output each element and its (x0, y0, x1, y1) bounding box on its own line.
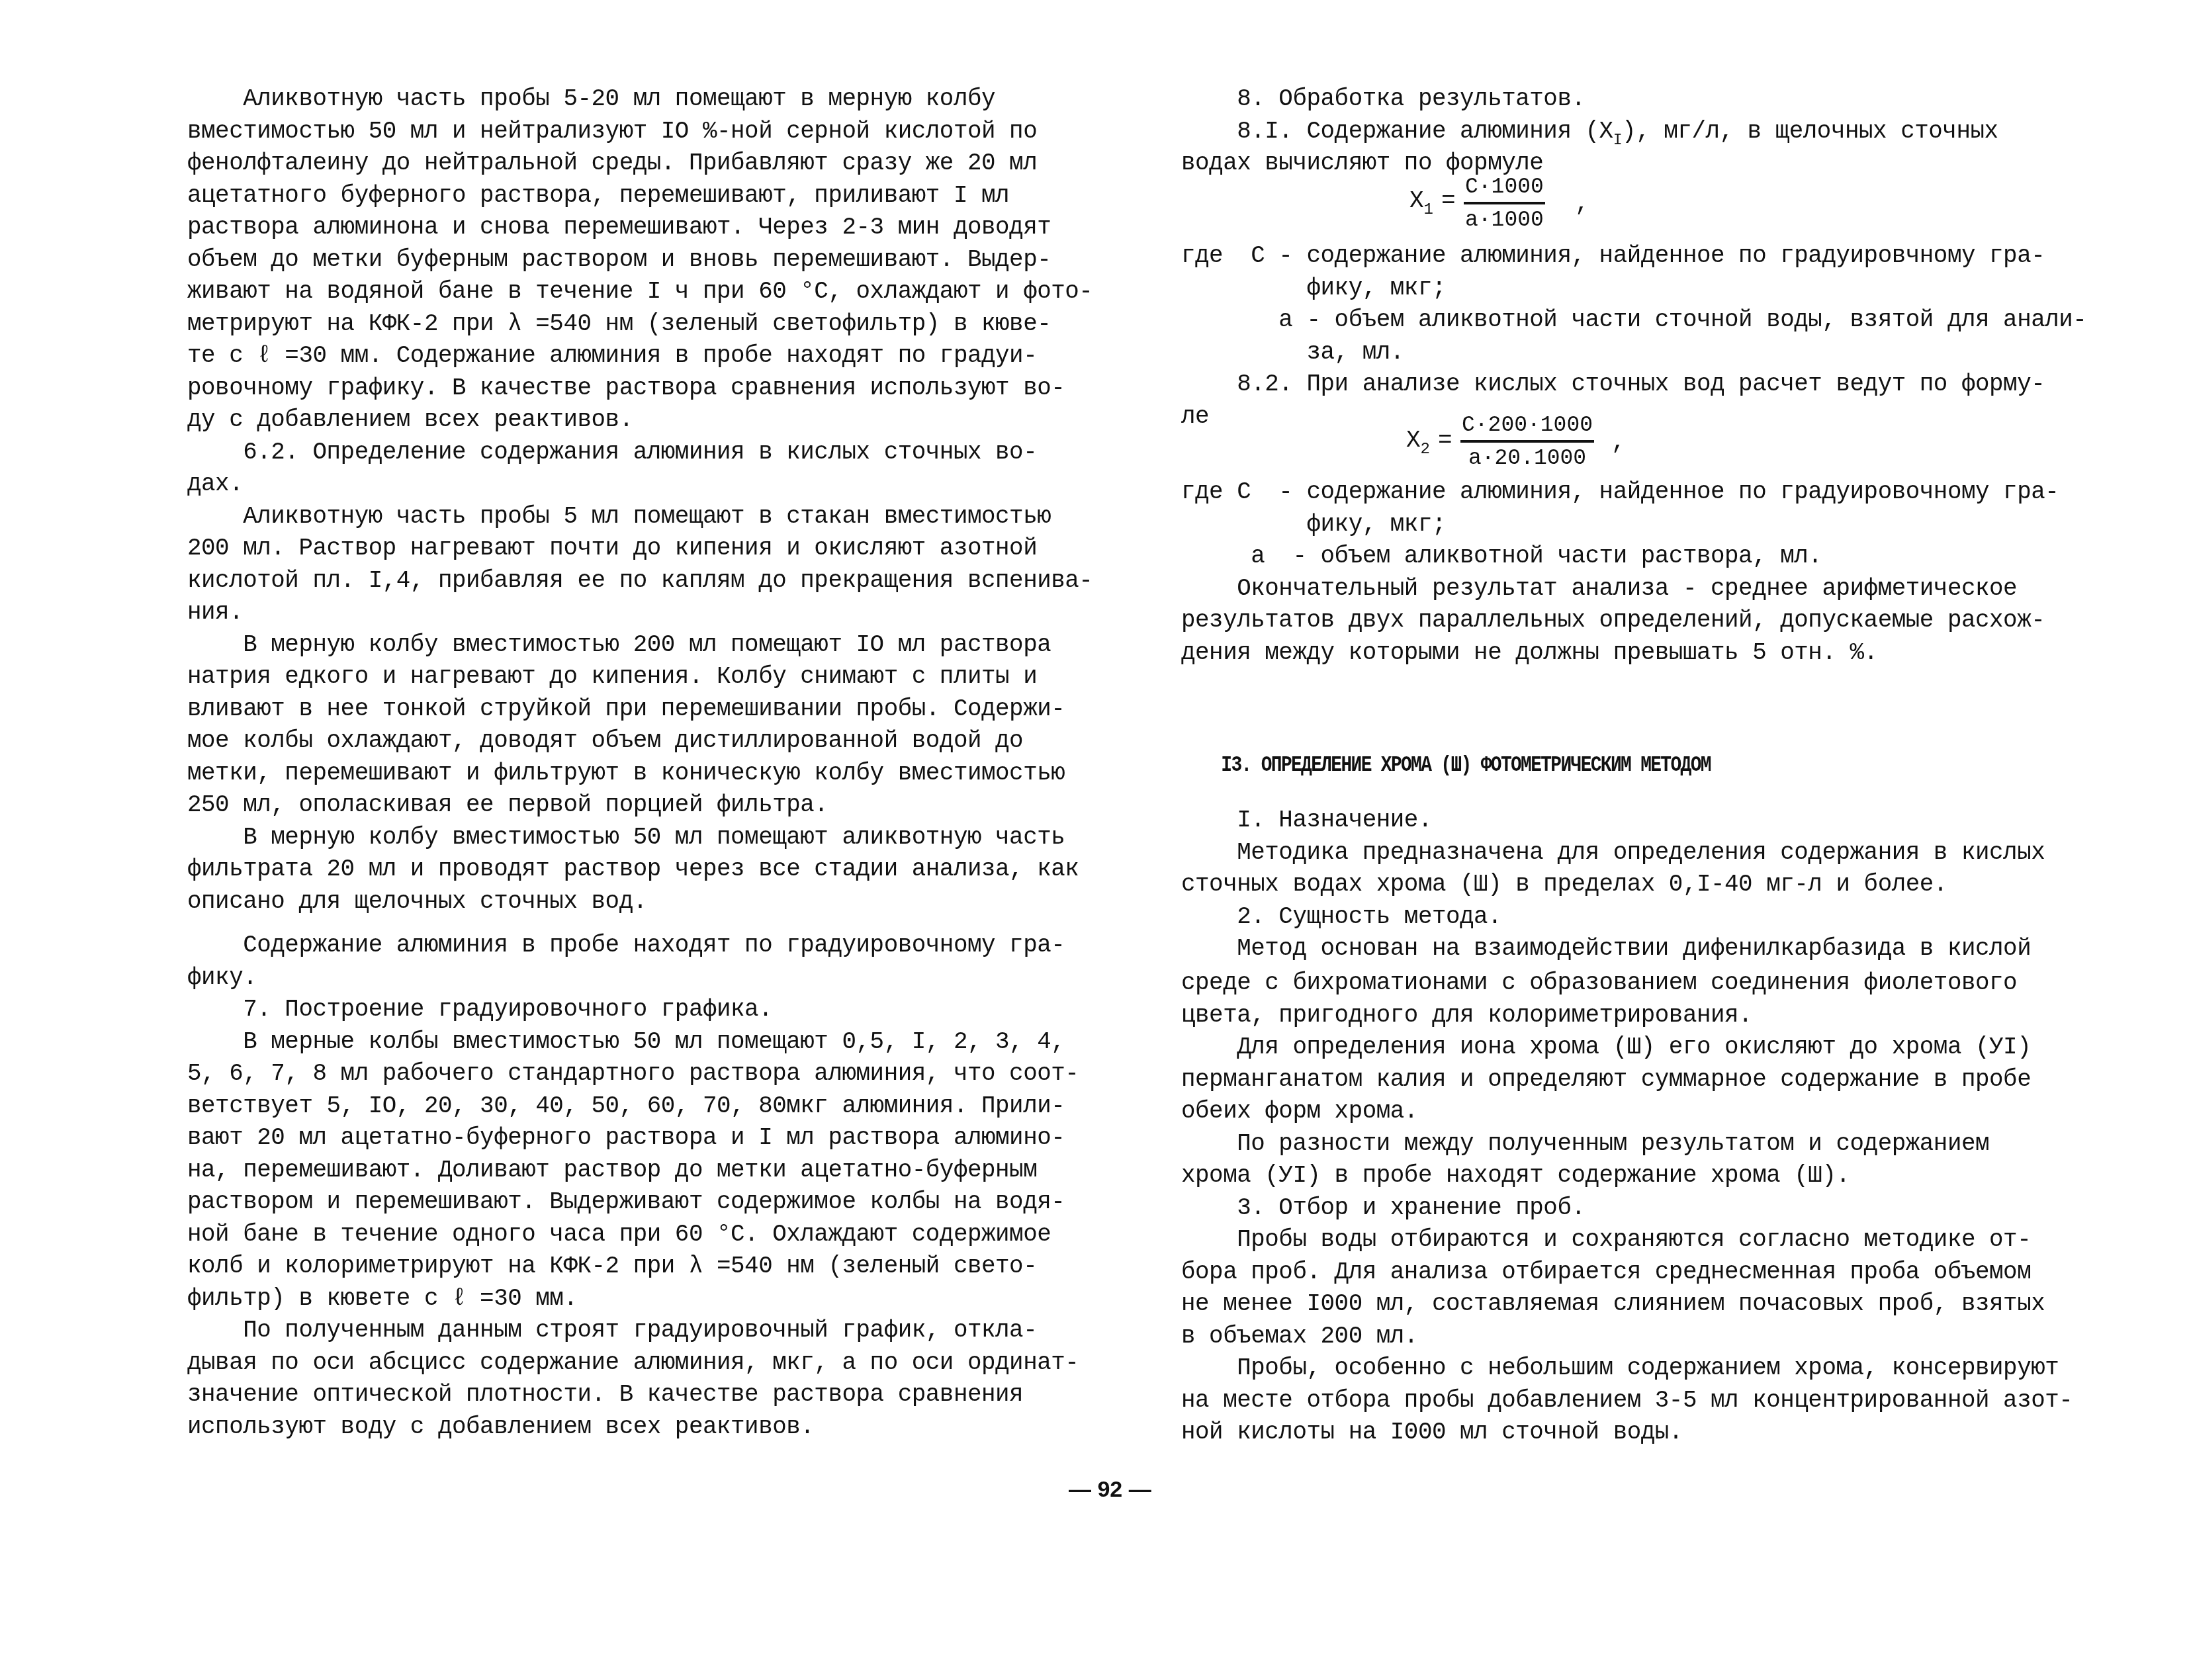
text-line: метки, перемешивают и фильтруют в кониче… (187, 759, 1065, 788)
text-fragment: ), мг/л, в щелочных сточных (1622, 118, 1998, 146)
text-line: фику. (187, 963, 257, 993)
text-line: вливают в нее тонкой струйкой при переме… (187, 695, 1065, 724)
text-line: ацетатного буферного раствора, перемешив… (187, 181, 1009, 210)
text-line: используют воду с добавлением всех реакт… (187, 1413, 814, 1442)
text-line: перманганатом калия и определяют суммарн… (1181, 1065, 2031, 1094)
text-line: В мерные колбы вместимостью 50 мл помеща… (187, 1028, 1065, 1057)
text-line: хрома (УI) в пробе находят содержание хр… (1181, 1161, 1850, 1190)
text-line: где С - содержание алюминия, найденное п… (1181, 242, 2045, 271)
text-line: те с ℓ =30 мм. Содержание алюминия в про… (187, 341, 1037, 371)
text-line: а - объем аликвотной части сточной воды,… (1181, 306, 2086, 335)
text-line: Метод основан на взаимодействии дифенилк… (1181, 934, 2031, 963)
text-line: ровочному графику. В качестве раствора с… (187, 374, 1065, 403)
text-line: вместимостью 50 мл и нейтрализуют IO %-н… (187, 117, 1037, 146)
text-line: дывая по оси абсцисс содержание алюминия… (187, 1348, 1079, 1378)
section-6-2-heading: 6.2. Определение содержания алюминия в к… (187, 438, 1037, 467)
text-line: объем до метки буферным раствором и внов… (187, 245, 1051, 275)
text-line: 200 мл. Раствор нагревают почти до кипен… (187, 534, 1037, 563)
text-line: Для определения иона хрома (Ш) его окисл… (1181, 1033, 2031, 1062)
formula-comma: , (1575, 190, 1589, 217)
text-line: По полученным данным строят градуировочн… (187, 1316, 1037, 1345)
text-line: раствора алюминона и снова перемешивают.… (187, 213, 1051, 242)
text-line: живают на водяной бане в течение I ч при… (187, 277, 1093, 306)
formula-lhs: X2 (1406, 427, 1430, 454)
formula-subscript: 1 (1424, 201, 1433, 219)
text-line: дения между которыми не должны превышать… (1181, 639, 1878, 668)
text-line: натрия едкого и нагревают до кипения. Ко… (187, 662, 1037, 691)
text-line: Аликвотную часть пробы 5-20 мл помещают … (187, 85, 995, 114)
text-line: ной кислоты на I000 мл сточной воды. (1181, 1418, 1683, 1447)
subscript: I (1613, 132, 1622, 150)
text-line: метрируют на КФК-2 при λ =540 нм (зелены… (187, 310, 1051, 339)
text-line: а - объем аликвотной части раствора, мл. (1181, 542, 1822, 571)
text-line: I. Назначение. (1181, 806, 1432, 835)
formula-lhs: X1 (1409, 187, 1433, 214)
text-line: фильтр) в кювете с ℓ =30 мм. (187, 1284, 577, 1313)
formula-x2: X2 = С·200·1000 а·20.1000 , (1406, 414, 1644, 480)
formula-equals: = (1441, 187, 1456, 214)
formula-x1: X1 = С·1000 а·1000 , (1409, 175, 1608, 242)
text-line: В мерную колбу вместимостью 200 мл помещ… (187, 631, 1051, 660)
text-line: не менее I000 мл, составляемая слиянием … (1181, 1290, 2045, 1319)
text-line: фенолфталеину до нейтральной среды. Приб… (187, 149, 1037, 178)
text-line: водах вычисляют по формуле (1181, 149, 1543, 178)
text-line: Пробы, особенно с небольшим содержанием … (1181, 1354, 2059, 1383)
text-fragment: 8.I. Содержание алюминия (X (1181, 118, 1613, 146)
text-line: за, мл. (1181, 338, 1404, 367)
text-line: 5, 6, 7, 8 мл рабочего стандартного раст… (187, 1059, 1079, 1088)
formula-numerator: С·1000 (1464, 175, 1545, 204)
text-line: раствором и перемешивают. Выдерживают со… (187, 1188, 1065, 1217)
section-8-1-line: 8.I. Содержание алюминия (XI), мг/л, в щ… (1181, 117, 1998, 149)
section-8-heading: 8. Обработка результатов. (1181, 85, 1586, 114)
text-line: среде с бихроматионами с образованием со… (1181, 969, 2017, 998)
text-line: Окончательный результат анализа - средне… (1181, 574, 2017, 603)
text-line: Содержание алюминия в пробе находят по г… (187, 931, 1065, 960)
formula-fraction: С·1000 а·1000 (1464, 175, 1545, 232)
formula-numerator: С·200·1000 (1460, 414, 1594, 443)
formula-variable: X (1409, 187, 1424, 214)
formula-equals: = (1438, 427, 1452, 454)
section-8-2-line: 8.2. При анализе кислых сточных вод расч… (1181, 370, 2045, 399)
text-line: фику, мкг; (1181, 510, 1446, 539)
text-line: бора проб. Для анализа отбирается средне… (1181, 1258, 2031, 1287)
text-line: Аликвотную часть пробы 5 мл помещают в с… (187, 502, 1051, 531)
text-line: ной бане в течение одного часа при 60 °С… (187, 1220, 1051, 1249)
text-line: По разности между полученным результатом… (1181, 1129, 1989, 1159)
page-number: — 92 — (1069, 1477, 1151, 1503)
text-line: ния. (187, 598, 243, 627)
formula-denominator: а·1000 (1465, 204, 1544, 232)
text-line: описано для щелочных сточных вод. (187, 887, 647, 916)
text-line: где С - содержание алюминия, найденное п… (1181, 478, 2059, 507)
text-line: фильтрата 20 мл и проводят раствор через… (187, 855, 1079, 884)
section-13-heading: I3. ОПРЕДЕЛЕНИЕ ХРОМА (Ш) ФОТОМЕТРИЧЕСКИ… (1181, 751, 1711, 780)
text-line: ле (1181, 402, 1209, 431)
text-line: мое колбы охлаждают, доводят объем дисти… (187, 727, 1023, 756)
text-line: колб и колориметрируют на КФК-2 при λ =5… (187, 1252, 1037, 1281)
text-line: на месте отбора пробы добавлением 3-5 мл… (1181, 1386, 2073, 1415)
text-line: в объемах 200 мл. (1181, 1322, 1418, 1351)
formula-subscript: 2 (1421, 441, 1430, 459)
text-line: 250 мл, ополаскивая ее первой порцией фи… (187, 791, 828, 820)
text-line: фику, мкг; (1181, 274, 1446, 303)
text-line: 3. Отбор и хранение проб. (1181, 1194, 1586, 1223)
formula-fraction: С·200·1000 а·20.1000 (1460, 414, 1594, 470)
text-line: В мерную колбу вместимостью 50 мл помеща… (187, 823, 1065, 852)
document-page: Аликвотную часть пробы 5-20 мл помещают … (0, 0, 2189, 1680)
section-7-heading: 7. Построение градуировочного графика. (187, 995, 772, 1024)
formula-denominator: а·20.1000 (1468, 443, 1586, 470)
text-line: значение оптической плотности. В качеств… (187, 1380, 1023, 1409)
text-line: ветствует 5, IO, 20, 30, 40, 50, 60, 70,… (187, 1092, 1065, 1121)
text-line: вают 20 мл ацетатно-буферного раствора и… (187, 1124, 1065, 1153)
text-line: на, перемешивают. Доливают раствор до ме… (187, 1156, 1037, 1185)
text-line: обеих форм хрома. (1181, 1097, 1418, 1126)
formula-variable: X (1406, 427, 1421, 454)
text-line: цвета, пригодного для колориметрирования… (1181, 1001, 1752, 1030)
text-line: 2. Сущность метода. (1181, 903, 1501, 932)
text-line: сточных водах хрома (Ш) в пределах 0,I-4… (1181, 870, 1947, 899)
text-line: Методика предназначена для определения с… (1181, 838, 2045, 867)
text-line: Пробы воды отбираются и сохраняются согл… (1181, 1225, 2031, 1255)
text-line: дах. (187, 470, 243, 499)
text-line: кислотой пл. I,4, прибавляя ее по каплям… (187, 566, 1093, 596)
formula-comma: , (1611, 428, 1626, 455)
text-line: ду с добавлением всех реактивов. (187, 406, 633, 435)
text-line: результатов двух параллельных определени… (1181, 606, 2045, 635)
